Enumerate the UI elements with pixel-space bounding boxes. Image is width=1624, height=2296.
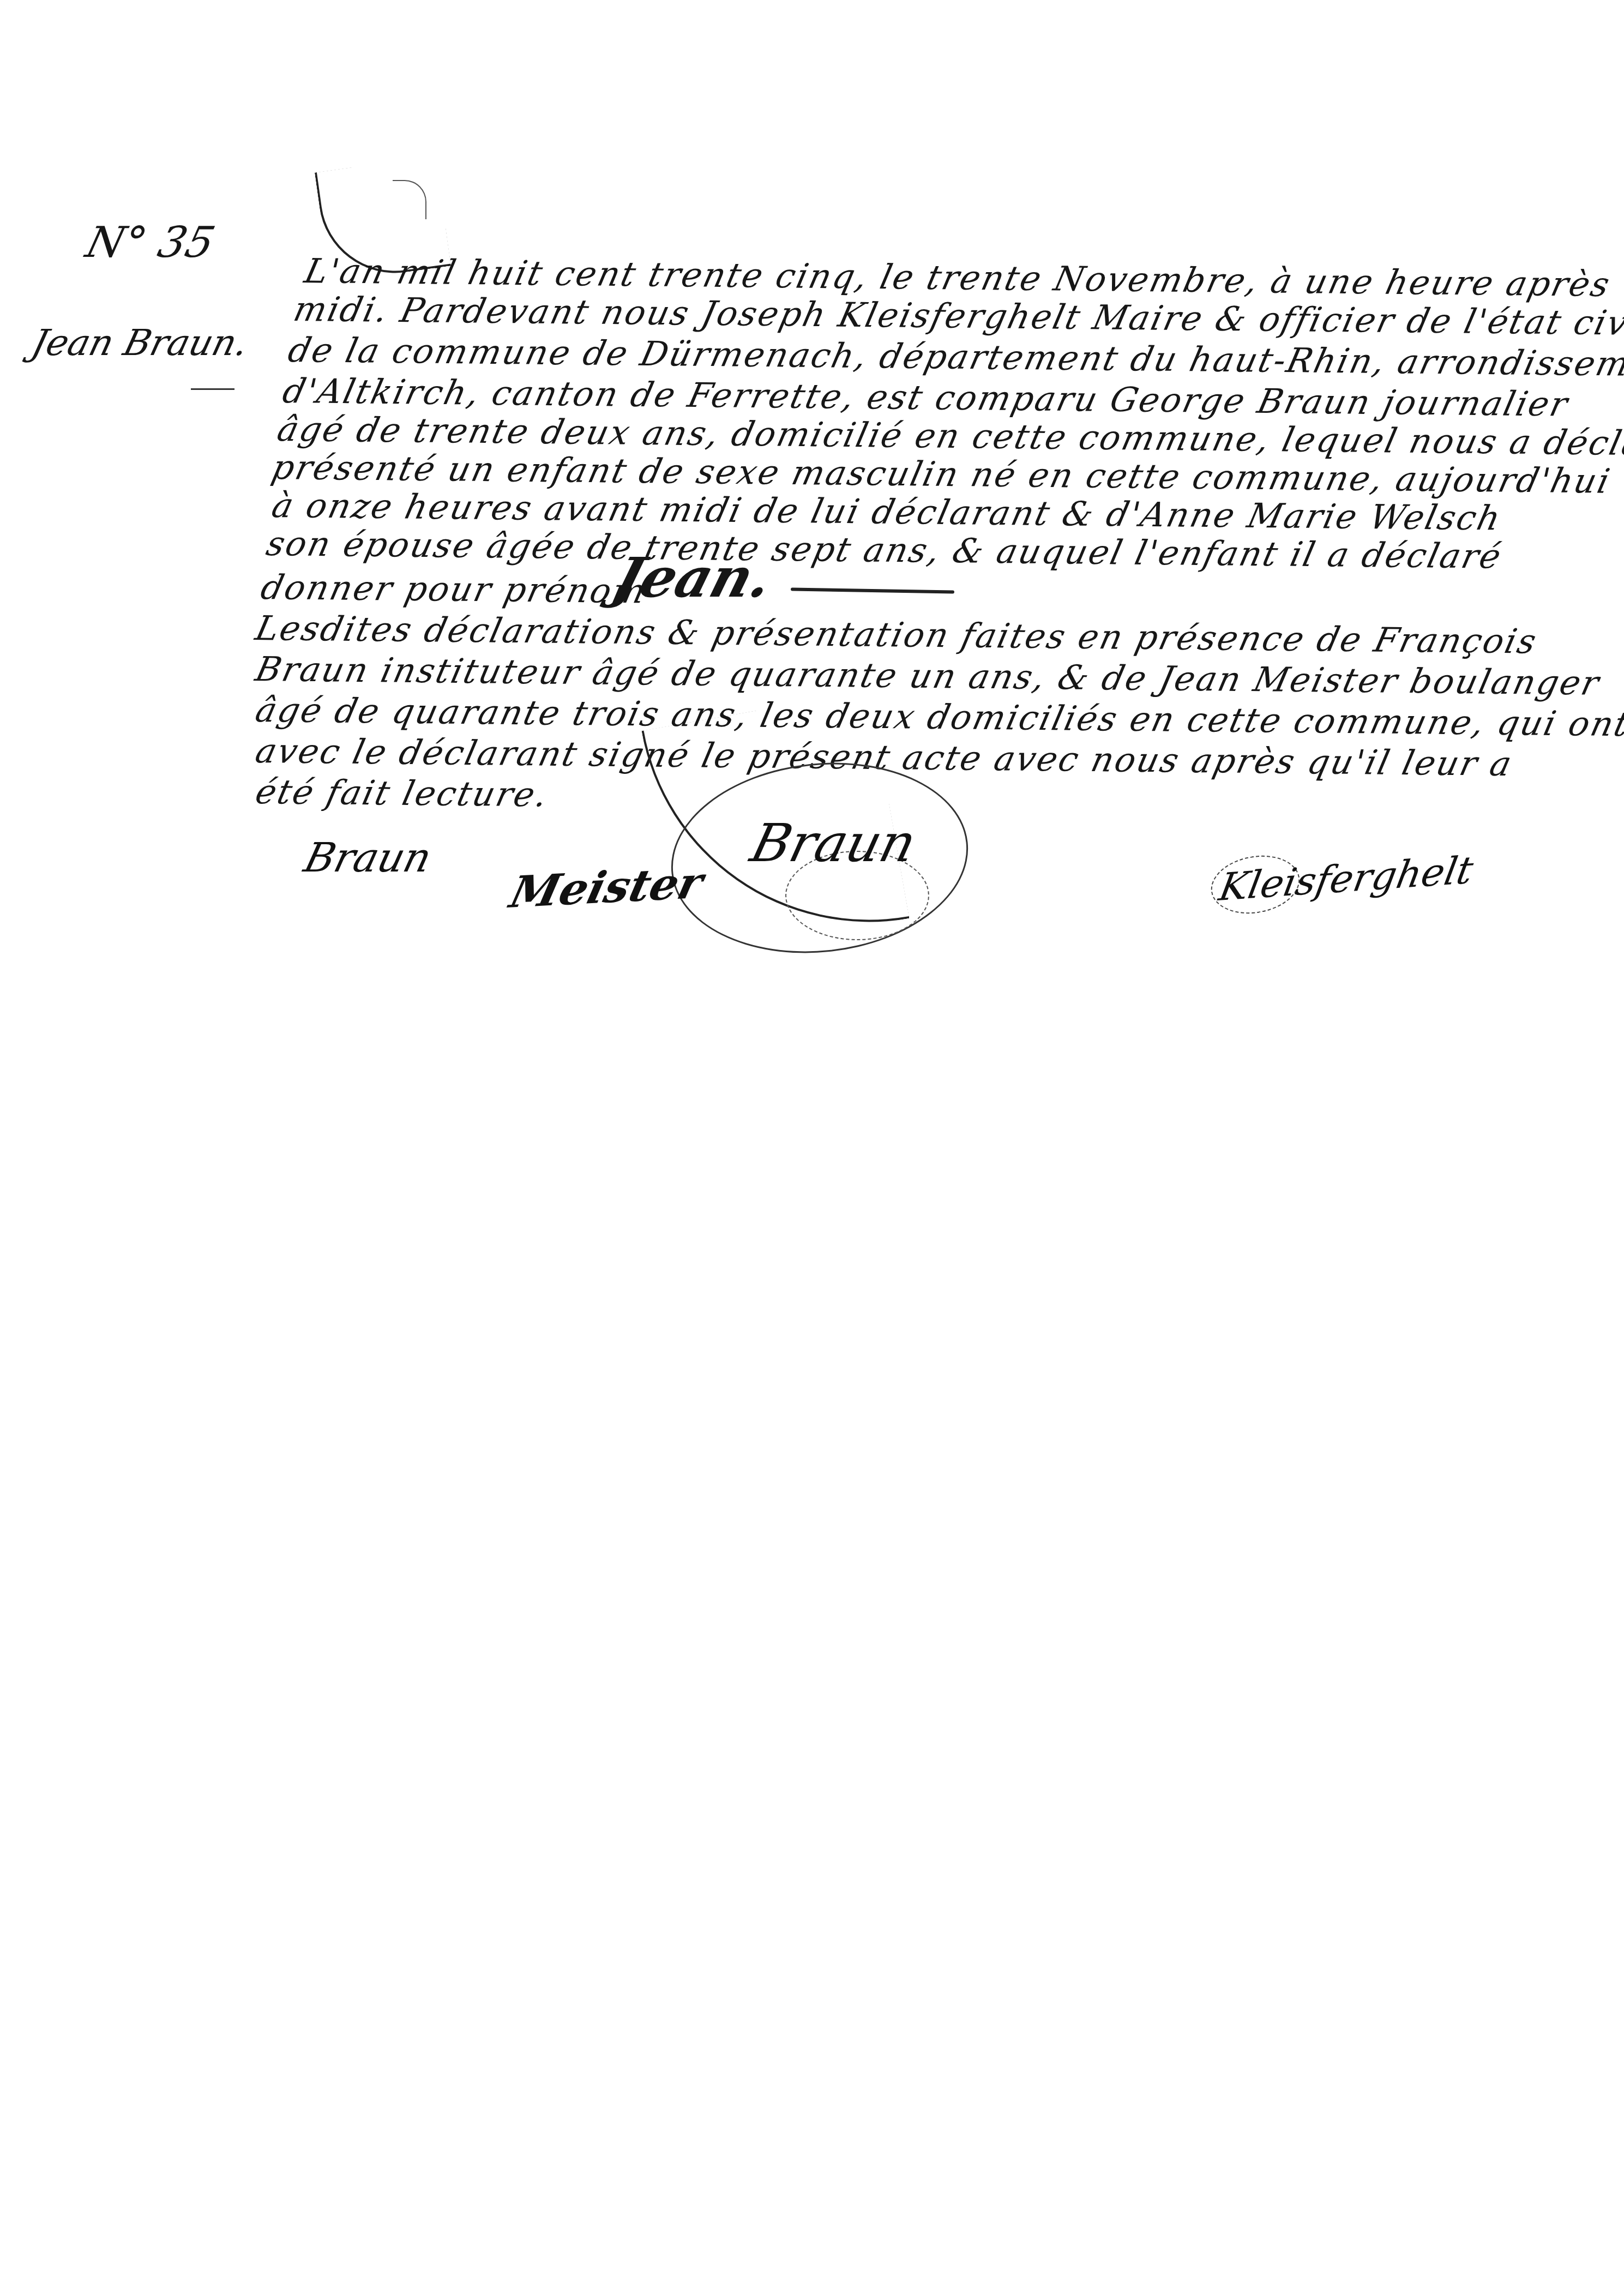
margin-divider [191, 388, 234, 390]
child-name-underline [791, 587, 954, 593]
signature-witness-meister: Meister [506, 857, 708, 918]
body-line-9: donner pour prénom [257, 567, 651, 611]
body-line-14: été fait lecture. [252, 772, 553, 814]
signature-witness-braun: Braun [299, 834, 436, 881]
entry-number: N° 35 [81, 218, 220, 267]
signature-declarant-braun: Braun [745, 813, 922, 874]
document-page: N° 35 Jean Braun. L'an mil huit cent tre… [0, 0, 1624, 2296]
margin-subject-name: Jean Braun. [27, 322, 252, 364]
child-given-name: Jean. [607, 545, 780, 610]
